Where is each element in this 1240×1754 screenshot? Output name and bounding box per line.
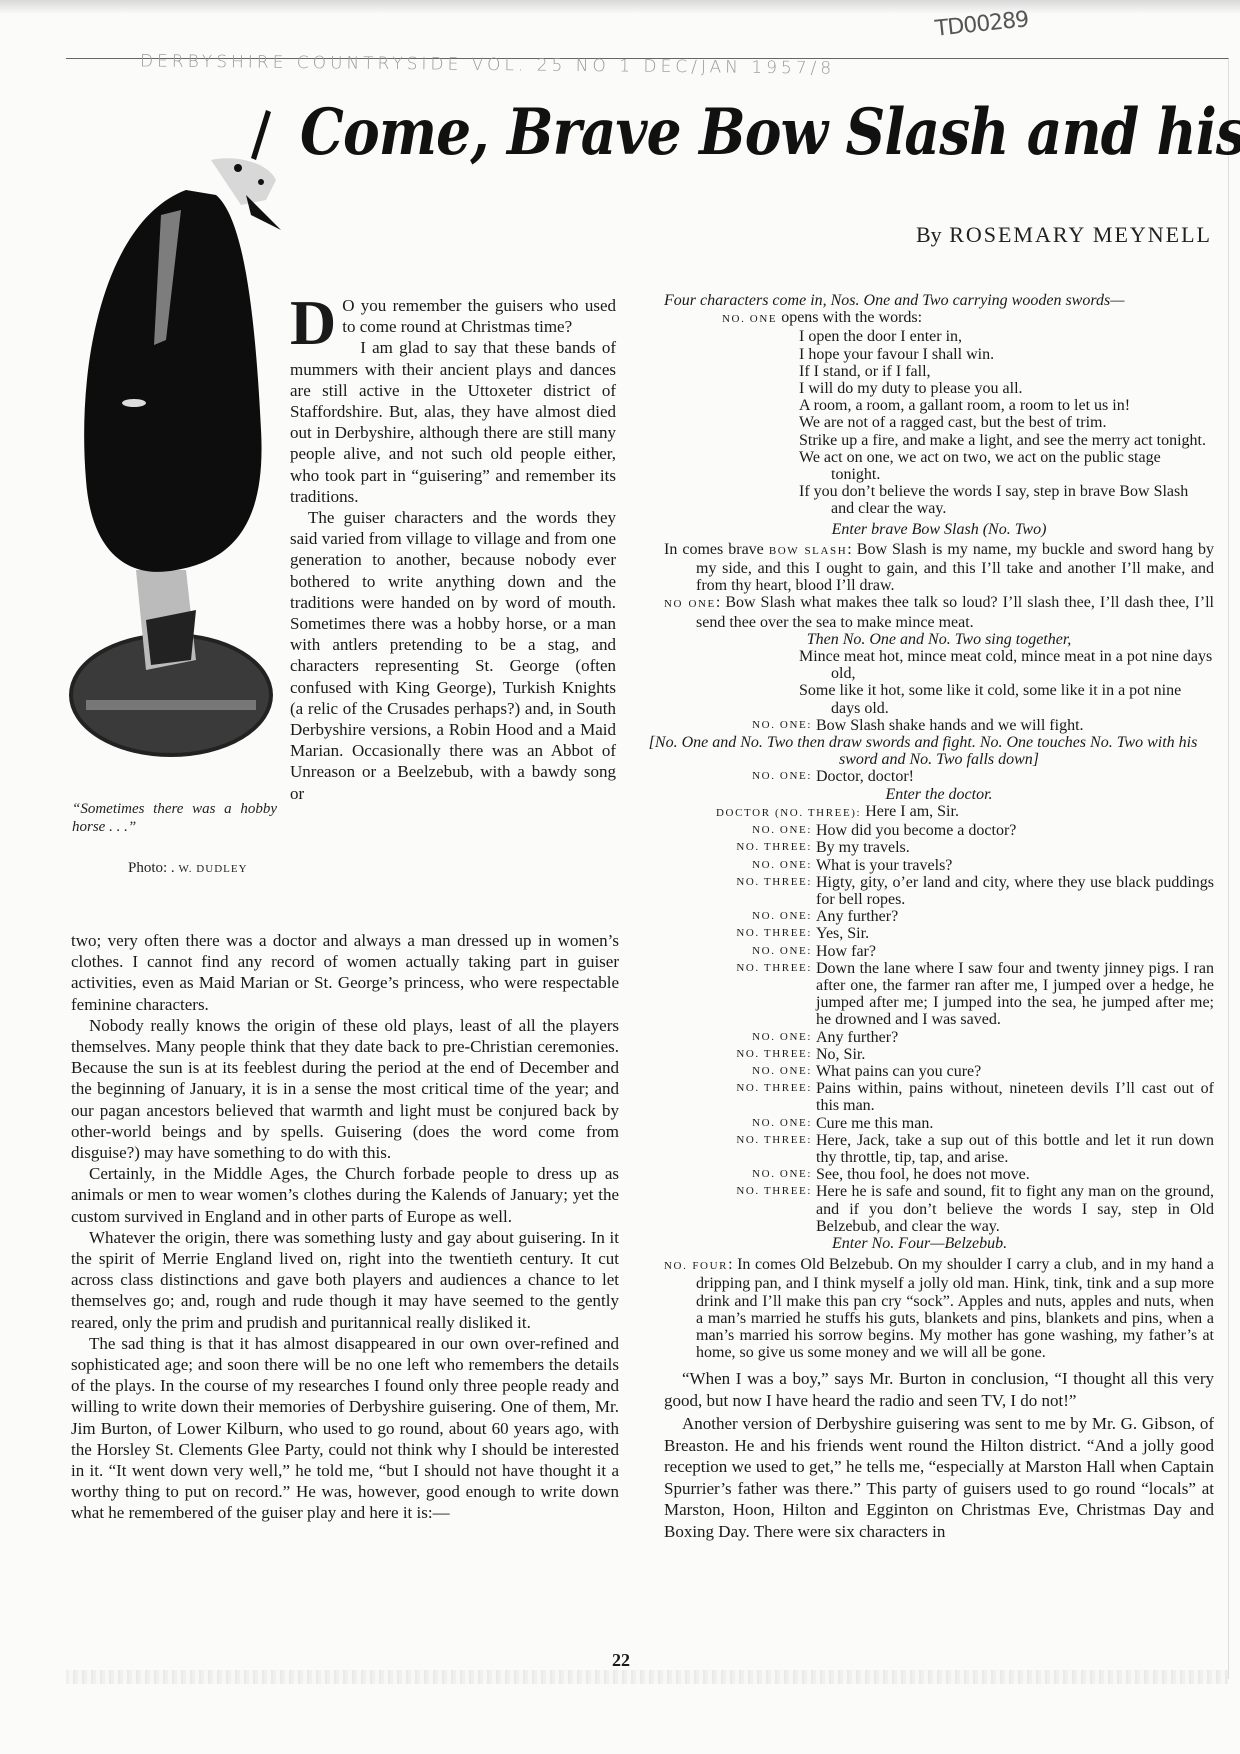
verse-line: A room, a room, a gallant room, a room t…	[799, 397, 1214, 414]
speaker-label: DOCTOR (NO. THREE):	[716, 807, 861, 819]
speaker-label: NO. THREE:	[664, 1183, 816, 1235]
dialogue-line: NO. THREE:By my travels.	[664, 839, 1214, 856]
dialogue-text: No, Sir.	[816, 1046, 1214, 1063]
dialogue-list: NO. ONE:How did you become a doctor?NO. …	[664, 822, 1214, 1235]
photo-caption: “Sometimes there was a hobby horse . . .…	[72, 800, 277, 836]
speaker-label: NO. FOUR	[664, 1260, 728, 1272]
dialogue-text: See, thou fool, he does not move.	[816, 1166, 1214, 1183]
body-paragraph: “When I was a boy,” says Mr. Burton in c…	[664, 1368, 1214, 1411]
dialogue-text: Any further?	[816, 1029, 1214, 1046]
photo-credit-label: Photo: .	[128, 860, 175, 876]
dialogue-text: What is your travels?	[816, 857, 1214, 874]
verse-line: We act on one, we act on two, we act on …	[799, 449, 1214, 483]
speaker-label: NO. THREE:	[664, 1080, 816, 1114]
dialogue-line: NO. ONE:Any further?	[664, 908, 1214, 925]
stage-direction: [No. One and No. Two then draw swords an…	[664, 734, 1214, 768]
dialogue-text: What pains can you cure?	[816, 1063, 1214, 1080]
speaker-label: NO. THREE:	[664, 874, 816, 908]
speaker-label: NO. ONE:	[664, 1166, 816, 1183]
opener-line: NO. ONE opens with the words:	[664, 309, 1214, 328]
dialogue-line: NO. THREE:Down the lane where I saw four…	[664, 960, 1214, 1029]
author-name: ROSEMARY MEYNELL	[949, 222, 1212, 247]
dialogue-text: Pains within, pains without, nineteen de…	[816, 1080, 1214, 1114]
body-paragraph: The sad thing is that it has almost disa…	[71, 1333, 619, 1524]
dialogue-line: NO. ONE: Doctor, doctor!	[664, 768, 1214, 785]
dialogue-line: NO. ONE: Bow Slash shake hands and we wi…	[664, 717, 1214, 734]
dialogue-text: How far?	[816, 943, 1214, 960]
dialogue-line: NO. ONE:How far?	[664, 943, 1214, 960]
right-column-play-script: Four characters come in, Nos. One and Tw…	[664, 292, 1214, 1542]
article-title: Come, Brave Bow Slash and his men	[300, 95, 1091, 170]
drop-cap: D	[290, 297, 336, 349]
verse-line: Strike up a fire, and make a light, and …	[799, 432, 1214, 449]
left-column-narrow: DO you remember the guisers who used to …	[290, 295, 616, 804]
verse-line: If I stand, or if I fall,	[799, 363, 1214, 380]
dialogue-line: NO. ONE:What pains can you cure?	[664, 1063, 1214, 1080]
speaker-label: NO. ONE:	[664, 1115, 816, 1132]
photographer-name: W. DUDLEY	[178, 863, 247, 875]
doctor-intro-line: DOCTOR (NO. THREE): Here I am, Sir.	[664, 803, 1214, 822]
speaker-label: NO. THREE:	[664, 925, 816, 942]
verse-line: I will do my duty to please you all.	[799, 380, 1214, 397]
speaker-label: NO. ONE:	[664, 857, 816, 874]
speaker-label: BOW SLASH	[769, 545, 847, 557]
dialogue-text: How did you become a doctor?	[816, 822, 1214, 839]
dialogue-line: NO. ONE:Any further?	[664, 1029, 1214, 1046]
byline-prefix: By	[916, 222, 942, 247]
scan-noise-band	[66, 1670, 1228, 1684]
scan-top-shadow	[0, 0, 1240, 14]
verse-line: We are not of a ragged cast, but the bes…	[799, 414, 1214, 431]
opening-verse: I open the door I enter in,I hope your f…	[664, 328, 1214, 517]
photo-credit: Photo: . W. DUDLEY	[128, 860, 248, 877]
stage-direction: Four characters come in, Nos. One and Tw…	[664, 292, 1214, 309]
body-paragraph: The guiser characters and the words they…	[290, 507, 616, 804]
dialogue-text: Higty, gity, o’er land and city, where t…	[816, 874, 1214, 908]
dialogue-text: Down the lane where I saw four and twent…	[816, 960, 1214, 1029]
dialogue-text: Here, Jack, take a sup out of this bottl…	[816, 1132, 1214, 1166]
dialogue-line: NO. THREE:Higty, gity, o’er land and cit…	[664, 874, 1214, 908]
dialogue-line: NO. THREE:Here he is safe and sound, fit…	[664, 1183, 1214, 1235]
speaker-label: NO. ONE:	[664, 908, 816, 925]
stage-direction: Enter brave Bow Slash (No. Two)	[664, 521, 1214, 538]
dialogue-line: NO. THREE:No, Sir.	[664, 1046, 1214, 1063]
dialogue-line: NO. ONE:Cure me this man.	[664, 1115, 1214, 1132]
bowslash-speech: In comes brave BOW SLASH: Bow Slash is m…	[664, 541, 1214, 595]
speaker-label: NO. ONE:	[664, 1029, 816, 1046]
page-number: 22	[612, 1650, 630, 1671]
body-paragraph: I am glad to say that these bands of mum…	[290, 337, 616, 507]
speaker-label: NO. ONE:	[664, 943, 816, 960]
speaker-label: NO. ONE	[722, 313, 777, 325]
body-paragraph: Another version of Derbyshire guisering …	[664, 1413, 1214, 1542]
dialogue-line: NO. THREE:Here, Jack, take a sup out of …	[664, 1132, 1214, 1166]
dialogue-line: NO. ONE:What is your travels?	[664, 857, 1214, 874]
hobby-horse-photo	[66, 100, 296, 760]
speaker-label: NO. ONE:	[664, 822, 816, 839]
body-paragraph: Certainly, in the Middle Ages, the Churc…	[71, 1163, 619, 1227]
dialogue-line: NO. THREE:Yes, Sir.	[664, 925, 1214, 942]
body-paragraph: Nobody really knows the origin of these …	[71, 1015, 619, 1163]
dialogue-text: Here he is safe and sound, fit to fight …	[816, 1183, 1214, 1235]
speaker-label: NO ONE	[664, 598, 716, 610]
nofour-speech: NO. FOUR: In comes Old Belzebub. On my s…	[664, 1256, 1214, 1361]
speaker-label: NO. ONE:	[664, 1063, 816, 1080]
verse-line: I open the door I enter in,	[799, 328, 1214, 345]
dialogue-line: NO. ONE:How did you become a doctor?	[664, 822, 1214, 839]
dialogue-text: Any further?	[816, 908, 1214, 925]
stage-direction: Enter the doctor.	[664, 786, 1214, 803]
dialogue-line: NO. ONE:See, thou fool, he does not move…	[664, 1166, 1214, 1183]
song-verse: Mince meat hot, mince meat cold, mince m…	[664, 648, 1214, 717]
verse-line: Mince meat hot, mince meat cold, mince m…	[799, 648, 1214, 682]
dialogue-text: Yes, Sir.	[816, 925, 1214, 942]
verse-line: I hope your favour I shall win.	[799, 346, 1214, 363]
byline: By ROSEMARY MEYNELL	[916, 222, 1212, 248]
speaker-label: NO. THREE:	[664, 1046, 816, 1063]
speaker-label: NO. THREE:	[664, 1132, 816, 1166]
intro-paragraph: DO you remember the guisers who used to …	[290, 295, 616, 337]
speaker-label: NO. THREE:	[664, 839, 816, 856]
speaker-label: NO. THREE:	[664, 960, 816, 1029]
noone-speech: NO ONE: Bow Slash what makes thee talk s…	[664, 594, 1214, 630]
stage-direction: Then No. One and No. Two sing together,	[664, 631, 1214, 648]
body-paragraph: Whatever the origin, there was something…	[71, 1227, 619, 1333]
verse-line: Some like it hot, some like it cold, som…	[799, 682, 1214, 716]
verse-line: If you don’t believe the words I say, st…	[799, 483, 1214, 517]
stage-direction: Enter No. Four—Belzebub.	[664, 1235, 1214, 1252]
dialogue-text: By my travels.	[816, 839, 1214, 856]
dialogue-text: Cure me this man.	[816, 1115, 1214, 1132]
left-column-wide: two; very often there was a doctor and a…	[71, 930, 619, 1524]
body-paragraph: two; very often there was a doctor and a…	[71, 930, 619, 1015]
dialogue-line: NO. THREE:Pains within, pains without, n…	[664, 1080, 1214, 1114]
